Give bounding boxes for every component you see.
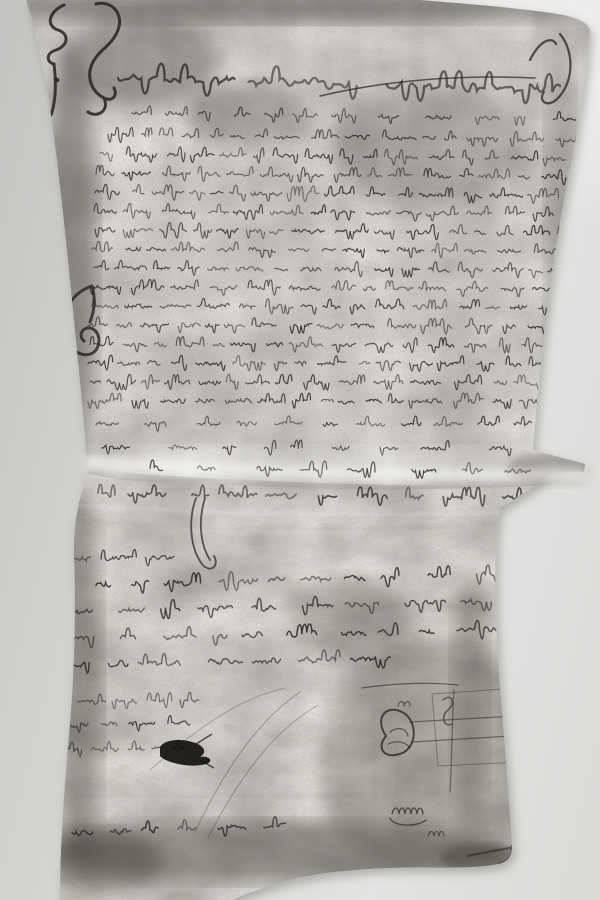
fold-crease bbox=[84, 448, 590, 488]
margin-dot bbox=[55, 78, 60, 83]
manuscript-photo-svg bbox=[0, 0, 600, 900]
manuscript-photo: Photograph of a photocopied 16th-century… bbox=[0, 0, 600, 900]
